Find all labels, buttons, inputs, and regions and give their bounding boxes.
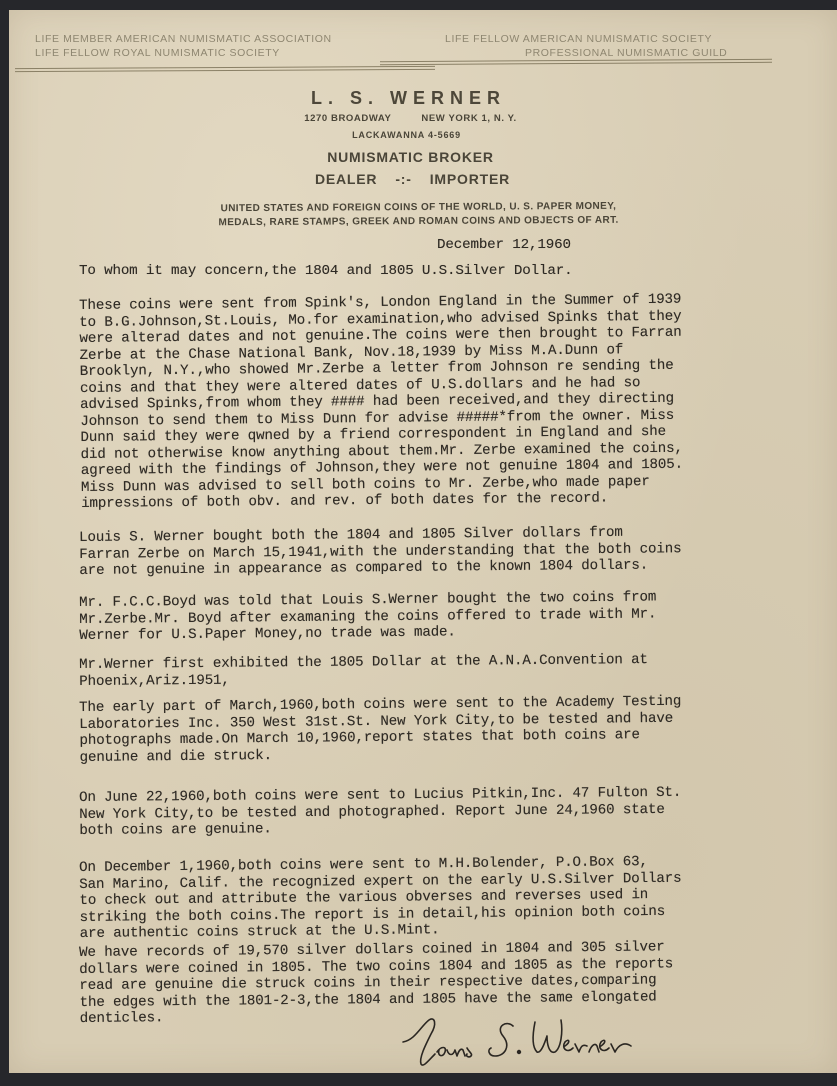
firm-roles: DEALER-:-IMPORTER xyxy=(0,171,831,187)
firm-name: L. S. WERNER xyxy=(0,88,827,109)
paragraph-exhibition: Mr.Werner first exhibited the 1805 Dolla… xyxy=(79,652,648,690)
firm-phone: LACKAWANNA 4-5669 xyxy=(0,130,825,140)
paragraph-bolender-review: On December 1,1960,both coins were sent … xyxy=(79,854,682,943)
role-separator: -:- xyxy=(377,171,429,187)
letter-date: December 12,1960 xyxy=(437,237,571,254)
paragraph-purchase: Louis S. Werner bought both the 1804 and… xyxy=(79,524,682,579)
letterhead-memberships-left: LIFE MEMBER AMERICAN NUMISMATIC ASSOCIAT… xyxy=(35,32,332,60)
firm-title: NUMISMATIC BROKER xyxy=(0,149,829,165)
paragraph-academy-testing: The early part of March,1960,both coins … xyxy=(79,694,682,766)
membership-ana: LIFE MEMBER AMERICAN NUMISMATIC ASSOCIAT… xyxy=(35,32,332,46)
firm-address: 1270 BROADWAYNEW YORK 1, N. Y. xyxy=(0,113,829,124)
address-street: 1270 BROADWAY xyxy=(304,113,391,124)
address-city: NEW YORK 1, N. Y. xyxy=(421,113,516,124)
paragraph-boyd: Mr. F.C.C.Boyd was told that Louis S.Wer… xyxy=(79,589,657,644)
role-dealer: DEALER xyxy=(315,171,377,187)
signature: Louis S. Werner xyxy=(395,1012,655,1072)
membership-ans: LIFE FELLOW AMERICAN NUMISMATIC SOCIETY xyxy=(445,32,727,46)
paragraph-provenance: These coins were sent from Spink's, Lond… xyxy=(79,292,683,513)
letterhead-memberships-right: LIFE FELLOW AMERICAN NUMISMATIC SOCIETY … xyxy=(445,32,727,60)
membership-png: PROFESSIONAL NUMISMATIC GUILD xyxy=(445,46,727,60)
paragraph-pitkin-testing: On June 22,1960,both coins were sent to … xyxy=(79,785,682,840)
firm-tagline: UNITED STATES and FOREIGN COINS of THE W… xyxy=(0,198,837,231)
role-importer: IMPORTER xyxy=(430,171,510,187)
membership-rns: LIFE FELLOW ROYAL NUMISMATIC SOCIETY xyxy=(35,46,332,60)
letter-salutation: To whom it may concern,the 1804 and 1805… xyxy=(79,263,572,280)
